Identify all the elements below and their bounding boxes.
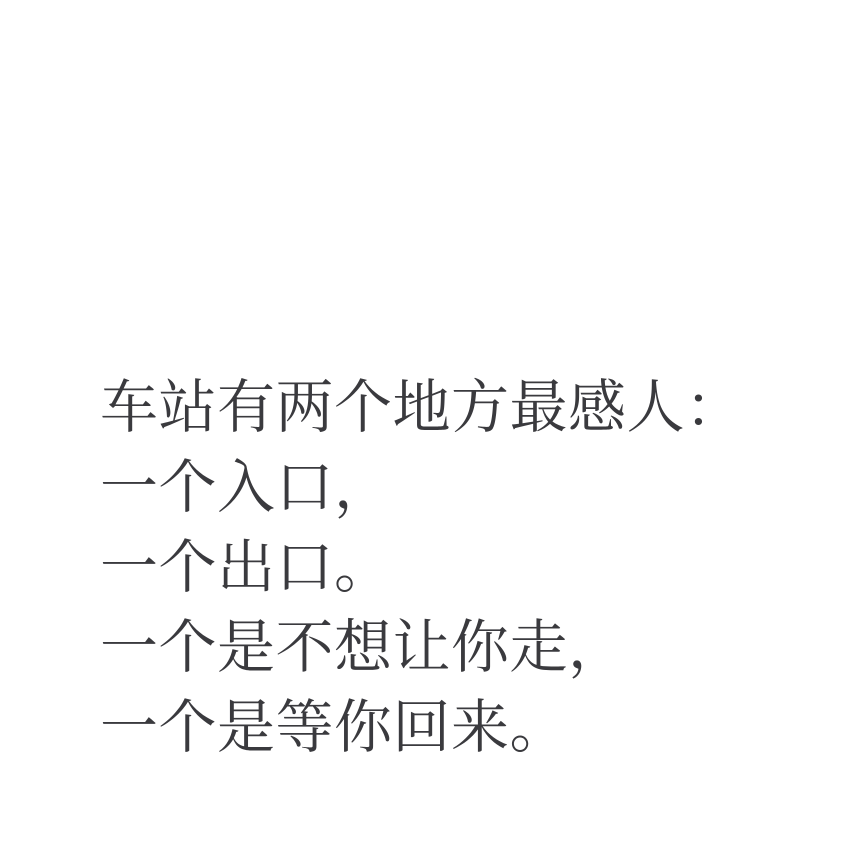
quote-card: 车站有两个地方最感人： 一个入口， 一个出口。 一个是不想让你走， 一个是等你回… <box>0 0 864 864</box>
quote-text-block: 车站有两个地方最感人： 一个入口， 一个出口。 一个是不想让你走， 一个是等你回… <box>100 368 780 768</box>
quote-line-4: 一个是不想让你走， <box>100 608 780 688</box>
quote-line-5: 一个是等你回来。 <box>100 688 780 768</box>
quote-line-3: 一个出口。 <box>100 528 780 608</box>
quote-line-2: 一个入口， <box>100 448 780 528</box>
quote-line-1: 车站有两个地方最感人： <box>100 368 780 448</box>
